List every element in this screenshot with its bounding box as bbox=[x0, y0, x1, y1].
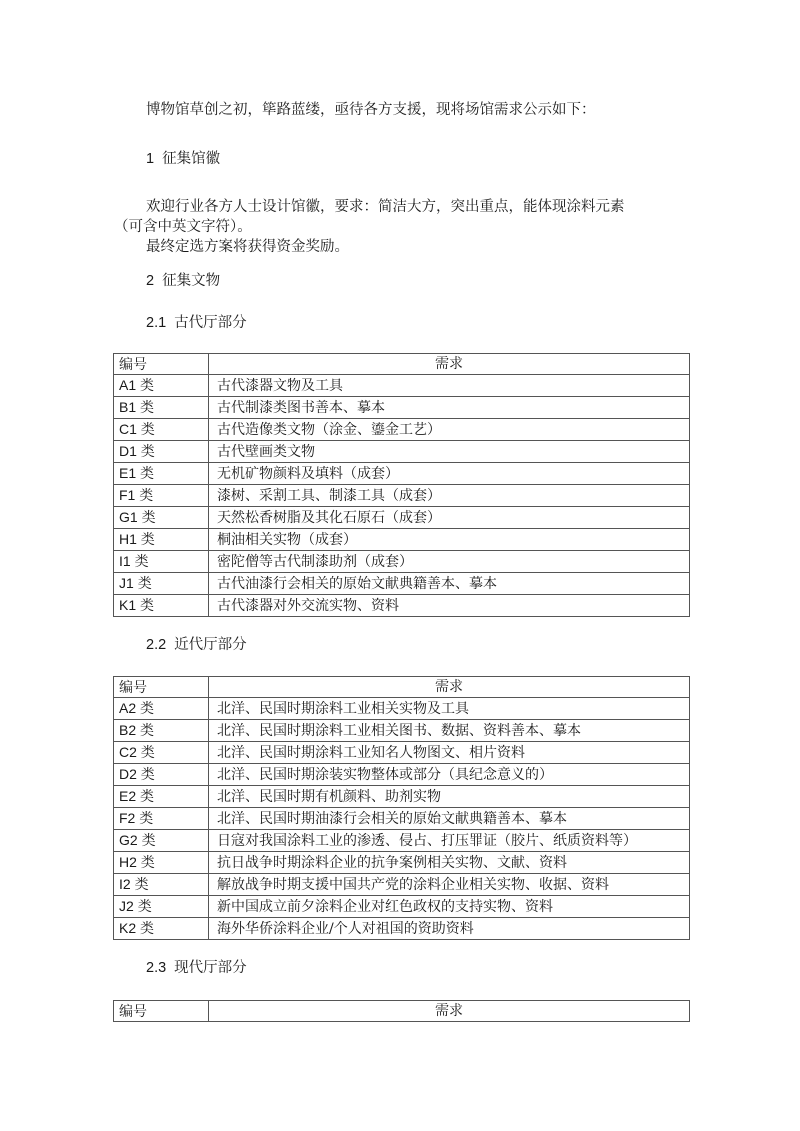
category-code: D1 类 bbox=[114, 441, 209, 463]
header-requirement: 需求 bbox=[209, 677, 690, 698]
requirement-description: 北洋、民国时期油漆行会相关的原始文献典籍善本、摹本 bbox=[209, 808, 690, 830]
category-suffix: 类 bbox=[139, 488, 153, 504]
category-code: I2 类 bbox=[114, 874, 209, 896]
ancient-hall-table: 编号 需求 A1 类古代漆器文物及工具B1 类古代制漆类图书善本、摹本C1 类古… bbox=[113, 353, 690, 617]
subsection-heading-modern: 2.2近代厅部分 bbox=[146, 635, 247, 655]
table-row: I2 类解放战争时期支援中国共产党的涂料企业相关实物、收据、资料 bbox=[114, 874, 690, 896]
section-number: 1 bbox=[146, 151, 154, 167]
category-code: I1 类 bbox=[114, 551, 209, 573]
requirement-description: 天然松香树脂及其化石原石（成套） bbox=[209, 507, 690, 529]
table-row: K1 类古代漆器对外交流实物、资料 bbox=[114, 595, 690, 617]
category-code-text: J2 bbox=[119, 898, 134, 914]
category-code: J2 类 bbox=[114, 896, 209, 918]
table-header-row: 编号 需求 bbox=[114, 677, 690, 698]
header-code: 编号 bbox=[114, 354, 209, 375]
subsection-number: 2.1 bbox=[146, 315, 166, 331]
category-code-text: E2 bbox=[119, 788, 136, 804]
category-code: H1 类 bbox=[114, 529, 209, 551]
subsection-number: 2.3 bbox=[146, 960, 166, 976]
category-code-text: D1 bbox=[119, 443, 137, 459]
table-row: E1 类无机矿物颜料及填料（成套） bbox=[114, 463, 690, 485]
category-code: B2 类 bbox=[114, 720, 209, 742]
table-row: F1 类漆树、采割工具、制漆工具（成套） bbox=[114, 485, 690, 507]
section-title: 征集文物 bbox=[162, 273, 220, 289]
category-code-text: B1 bbox=[119, 399, 136, 415]
category-code: H2 类 bbox=[114, 852, 209, 874]
category-code: C1 类 bbox=[114, 419, 209, 441]
category-suffix: 类 bbox=[135, 554, 149, 570]
category-code: A1 类 bbox=[114, 375, 209, 397]
requirement-description: 漆树、采割工具、制漆工具（成套） bbox=[209, 485, 690, 507]
table-header-row: 编号 需求 bbox=[114, 354, 690, 375]
category-code: E1 类 bbox=[114, 463, 209, 485]
category-code-text: C2 bbox=[119, 744, 137, 760]
category-code-text: I2 bbox=[119, 876, 131, 892]
category-code: G2 类 bbox=[114, 830, 209, 852]
table-row: C2 类北洋、民国时期涂料工业知名人物图文、相片资料 bbox=[114, 742, 690, 764]
requirement-description: 古代壁画类文物 bbox=[209, 441, 690, 463]
category-code-text: H1 bbox=[119, 531, 137, 547]
category-suffix: 类 bbox=[140, 789, 154, 805]
category-suffix: 类 bbox=[140, 921, 154, 937]
requirement-description: 古代制漆类图书善本、摹本 bbox=[209, 397, 690, 419]
category-suffix: 类 bbox=[135, 877, 149, 893]
category-code-text: G1 bbox=[119, 509, 138, 525]
category-code-text: K2 bbox=[119, 920, 136, 936]
category-suffix: 类 bbox=[141, 532, 155, 548]
category-code-text: A2 bbox=[119, 700, 136, 716]
category-suffix: 类 bbox=[141, 444, 155, 460]
category-code: C2 类 bbox=[114, 742, 209, 764]
category-code-text: H2 bbox=[119, 854, 137, 870]
table-row: B2 类北洋、民国时期涂料工业相关图书、数据、资料善本、摹本 bbox=[114, 720, 690, 742]
table-row: H1 类桐油相关实物（成套） bbox=[114, 529, 690, 551]
logo-reward-line: 最终定选方案将获得资金奖励。 bbox=[146, 237, 349, 257]
table-row: B1 类古代制漆类图书善本、摹本 bbox=[114, 397, 690, 419]
requirement-description: 北洋、民国时期涂料工业相关实物及工具 bbox=[209, 698, 690, 720]
table-row: D1 类古代壁画类文物 bbox=[114, 441, 690, 463]
category-code-text: E1 bbox=[119, 465, 136, 481]
category-suffix: 类 bbox=[141, 422, 155, 438]
category-suffix: 类 bbox=[142, 833, 156, 849]
requirement-description: 古代漆器文物及工具 bbox=[209, 375, 690, 397]
requirement-description: 北洋、民国时期涂料工业相关图书、数据、资料善本、摹本 bbox=[209, 720, 690, 742]
subsection-title: 现代厅部分 bbox=[174, 960, 247, 976]
table-row: G1 类天然松香树脂及其化石原石（成套） bbox=[114, 507, 690, 529]
section-title: 征集馆徽 bbox=[162, 151, 220, 167]
category-suffix: 类 bbox=[140, 701, 154, 717]
category-suffix: 类 bbox=[139, 811, 153, 827]
category-code-text: F2 bbox=[119, 810, 135, 826]
subsection-heading-ancient: 2.1古代厅部分 bbox=[146, 313, 247, 333]
table-header-row: 编号 需求 bbox=[114, 1001, 690, 1022]
category-suffix: 类 bbox=[142, 510, 156, 526]
logo-requirement-line1: 欢迎行业各方人士设计馆徽，要求：简洁大方，突出重点，能体现涂料元素 bbox=[146, 197, 625, 217]
header-requirement: 需求 bbox=[209, 1001, 690, 1022]
table-row: I1 类密陀僧等古代制漆助剂（成套） bbox=[114, 551, 690, 573]
category-code-text: B2 bbox=[119, 722, 136, 738]
subsection-heading-contemporary: 2.3现代厅部分 bbox=[146, 958, 247, 978]
category-suffix: 类 bbox=[140, 723, 154, 739]
table-row: F2 类北洋、民国时期油漆行会相关的原始文献典籍善本、摹本 bbox=[114, 808, 690, 830]
requirement-description: 解放战争时期支援中国共产党的涂料企业相关实物、收据、资料 bbox=[209, 874, 690, 896]
category-code-text: A1 bbox=[119, 377, 136, 393]
requirement-description: 抗日战争时期涂料企业的抗争案例相关实物、文献、资料 bbox=[209, 852, 690, 874]
table-row: A1 类古代漆器文物及工具 bbox=[114, 375, 690, 397]
table-row: A2 类北洋、民国时期涂料工业相关实物及工具 bbox=[114, 698, 690, 720]
category-code: F1 类 bbox=[114, 485, 209, 507]
category-suffix: 类 bbox=[140, 598, 154, 614]
category-code: F2 类 bbox=[114, 808, 209, 830]
requirement-description: 新中国成立前夕涂料企业对红色政权的支持实物、资料 bbox=[209, 896, 690, 918]
section-heading-logo: 1征集馆徽 bbox=[146, 149, 220, 169]
requirement-description: 北洋、民国时期涂料工业知名人物图文、相片资料 bbox=[209, 742, 690, 764]
section-number: 2 bbox=[146, 273, 154, 289]
requirement-description: 密陀僧等古代制漆助剂（成套） bbox=[209, 551, 690, 573]
category-code-text: F1 bbox=[119, 487, 135, 503]
modern-hall-table: 编号 需求 A2 类北洋、民国时期涂料工业相关实物及工具B2 类北洋、民国时期涂… bbox=[113, 676, 690, 940]
requirement-description: 北洋、民国时期涂装实物整体或部分（具纪念意义的） bbox=[209, 764, 690, 786]
category-suffix: 类 bbox=[141, 855, 155, 871]
table-row: E2 类北洋、民国时期有机颜料、助剂实物 bbox=[114, 786, 690, 808]
requirement-description: 北洋、民国时期有机颜料、助剂实物 bbox=[209, 786, 690, 808]
category-suffix: 类 bbox=[138, 899, 152, 915]
requirement-description: 无机矿物颜料及填料（成套） bbox=[209, 463, 690, 485]
subsection-title: 近代厅部分 bbox=[174, 637, 247, 653]
category-suffix: 类 bbox=[141, 745, 155, 761]
category-code-text: C1 bbox=[119, 421, 137, 437]
category-code: A2 类 bbox=[114, 698, 209, 720]
subsection-number: 2.2 bbox=[146, 637, 166, 653]
category-code: K1 类 bbox=[114, 595, 209, 617]
header-code: 编号 bbox=[114, 1001, 209, 1022]
table-row: J1 类古代油漆行会相关的原始文献典籍善本、摹本 bbox=[114, 573, 690, 595]
category-code: G1 类 bbox=[114, 507, 209, 529]
table-row: H2 类抗日战争时期涂料企业的抗争案例相关实物、文献、资料 bbox=[114, 852, 690, 874]
table-row: J2 类新中国成立前夕涂料企业对红色政权的支持实物、资料 bbox=[114, 896, 690, 918]
intro-paragraph: 博物馆草创之初，筚路蓝缕，亟待各方支援，现将场馆需求公示如下： bbox=[146, 100, 596, 120]
requirement-description: 古代造像类文物（涂金、鎏金工艺） bbox=[209, 419, 690, 441]
header-requirement: 需求 bbox=[209, 354, 690, 375]
requirement-description: 桐油相关实物（成套） bbox=[209, 529, 690, 551]
table-row: K2 类海外华侨涂料企业/个人对祖国的资助资料 bbox=[114, 918, 690, 940]
requirement-description: 古代油漆行会相关的原始文献典籍善本、摹本 bbox=[209, 573, 690, 595]
requirement-description: 日寇对我国涂料工业的渗透、侵占、打压罪证（胶片、纸质资料等） bbox=[209, 830, 690, 852]
category-code: D2 类 bbox=[114, 764, 209, 786]
category-code: K2 类 bbox=[114, 918, 209, 940]
category-suffix: 类 bbox=[141, 767, 155, 783]
header-code: 编号 bbox=[114, 677, 209, 698]
category-code: J1 类 bbox=[114, 573, 209, 595]
category-suffix: 类 bbox=[138, 576, 152, 592]
category-suffix: 类 bbox=[140, 400, 154, 416]
category-code-text: D2 bbox=[119, 766, 137, 782]
category-suffix: 类 bbox=[140, 378, 154, 394]
contemporary-hall-table: 编号 需求 bbox=[113, 1000, 690, 1022]
logo-requirement-line2: （可含中英文字符）。 bbox=[114, 217, 252, 237]
category-code: B1 类 bbox=[114, 397, 209, 419]
category-code-text: J1 bbox=[119, 575, 134, 591]
category-code-text: G2 bbox=[119, 832, 138, 848]
category-code-text: K1 bbox=[119, 597, 136, 613]
table-row: C1 类古代造像类文物（涂金、鎏金工艺） bbox=[114, 419, 690, 441]
subsection-title: 古代厅部分 bbox=[174, 315, 247, 331]
category-code-text: I1 bbox=[119, 553, 131, 569]
table-row: D2 类北洋、民国时期涂装实物整体或部分（具纪念意义的） bbox=[114, 764, 690, 786]
category-suffix: 类 bbox=[140, 466, 154, 482]
table-row: G2 类日寇对我国涂料工业的渗透、侵占、打压罪证（胶片、纸质资料等） bbox=[114, 830, 690, 852]
section-heading-artifacts: 2征集文物 bbox=[146, 271, 220, 291]
category-code: E2 类 bbox=[114, 786, 209, 808]
requirement-description: 海外华侨涂料企业/个人对祖国的资助资料 bbox=[209, 918, 690, 940]
requirement-description: 古代漆器对外交流实物、资料 bbox=[209, 595, 690, 617]
